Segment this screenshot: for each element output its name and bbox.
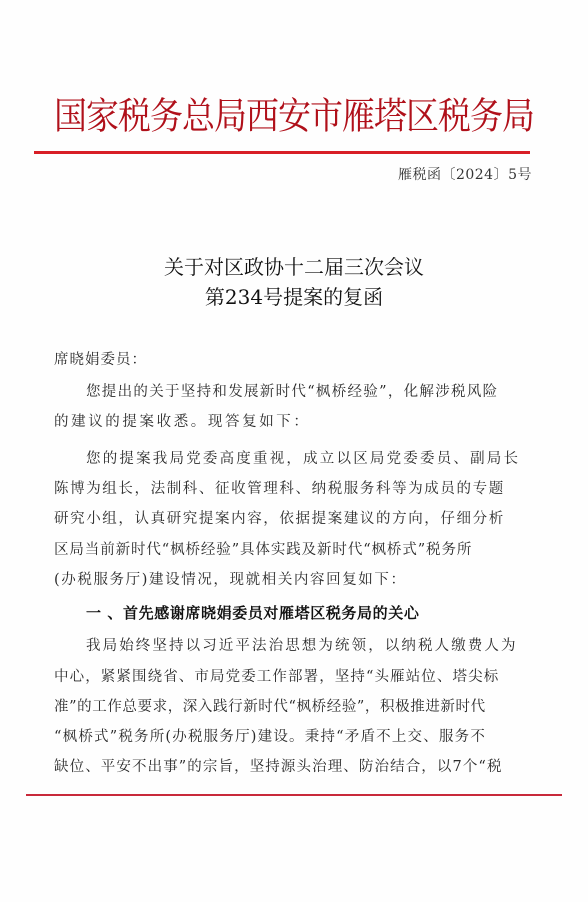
paragraph-2-line-3: 研究小组，认真研究提案内容，依据提案建议的方向，仔细分析 [54, 509, 538, 529]
salutation: 席晓娟委员： [54, 350, 538, 370]
paragraph-2-line-5: (办税服务厅)建设情况，现就相关内容回复如下： [54, 570, 538, 590]
paragraph-2-line-1: 您的提案我局党委高度重视，成立以区局党委委员、副局长 [54, 449, 570, 469]
section-paragraph-line-2: 中心，紧紧围绕省、市局党委工作部署，坚持“头雁站位、塔尖标 [54, 667, 538, 687]
document-number: 雁税函〔2024〕5号 [398, 164, 532, 184]
section-paragraph-line-1: 我局始终坚持以习近平法治思想为统领，以纳税人缴费人为 [54, 636, 570, 656]
red-divider-bottom [26, 794, 562, 796]
document-title-line2: 第234号提案的复函 [0, 282, 588, 312]
issuer-header: 国家税务总局西安市雁塔区税务局 [0, 94, 588, 139]
section-paragraph-line-3: 准”的工作总要求，深入践行新时代“枫桥经验”，积极推进新时代 [54, 697, 538, 717]
section-paragraph-line-4: “枫桥式”税务所(办税服务厅)建设。秉持“矛盾不上交、服务不 [54, 727, 538, 747]
paragraph-1-line-2: 的建议的提案收悉。现答复如下： [54, 412, 538, 432]
section-heading: 一 、首先感谢席晓娟委员对雁塔区税务局的关心 [54, 603, 570, 623]
document-title-line1: 关于对区政协十二届三次会议 [0, 252, 588, 282]
red-divider-top [34, 151, 530, 154]
paragraph-2-line-2: 陈博为组长，法制科、征收管理科、纳税服务科等为成员的专题 [54, 479, 538, 499]
section-paragraph-line-5: 缺位、平安不出事”的宗旨，坚持源头治理、防治结合，以7个“税 [54, 757, 538, 777]
paragraph-2-line-4: 区局当前新时代“枫桥经验”具体实践及新时代“枫桥式”税务所 [54, 540, 538, 560]
paragraph-1-line-1: 您提出的关于坚持和发展新时代“枫桥经验”，化解涉税风险 [54, 382, 570, 402]
